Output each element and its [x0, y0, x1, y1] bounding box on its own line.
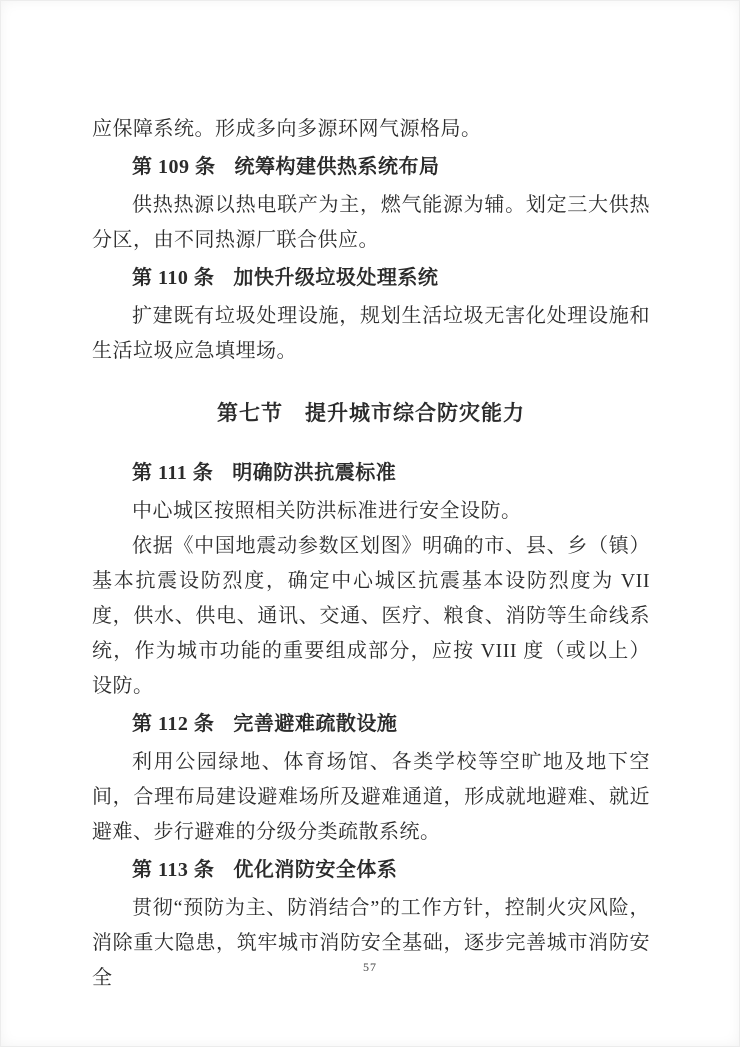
article-number: 第 113 条: [132, 859, 214, 881]
article-heading-110: 第 110 条加快升级垃圾处理系统: [92, 260, 650, 297]
paragraph: 依据《中国地震动参数区划图》明确的市、县、乡（镇）基本抗震设防烈度，确定中心城区…: [92, 529, 650, 704]
article-number: 第 111 条: [132, 462, 213, 484]
paragraph: 贯彻“预防为主、防消结合”的工作方针，控制火灾风险，消除重大隐患，筑牢城市消防安…: [92, 891, 650, 996]
article-heading-113: 第 113 条优化消防安全体系: [92, 852, 650, 889]
article-number: 第 112 条: [132, 713, 214, 735]
paragraph-continuation: 应保障系统。形成多向多源环网气源格局。: [92, 112, 650, 147]
paragraph: 供热热源以热电联产为主，燃气能源为辅。划定三大供热分区，由不同热源厂联合供应。: [92, 188, 650, 258]
section-heading-7: 第七节 提升城市综合防灾能力: [92, 395, 650, 431]
page-content: 应保障系统。形成多向多源环网气源格局。 第 109 条统筹构建供热系统布局 供热…: [92, 112, 650, 996]
article-heading-112: 第 112 条完善避难疏散设施: [92, 706, 650, 743]
paragraph: 扩建既有垃圾处理设施，规划生活垃圾无害化处理设施和生活垃圾应急填埋场。: [92, 299, 650, 369]
article-number: 第 109 条: [132, 156, 216, 178]
paragraph: 中心城区按照相关防洪标准进行安全设防。: [92, 494, 650, 529]
article-title: 加快升级垃圾处理系统: [214, 267, 438, 289]
page-number: 57: [0, 960, 740, 975]
article-heading-109: 第 109 条统筹构建供热系统布局: [92, 149, 650, 186]
article-number: 第 110 条: [132, 267, 214, 289]
article-title: 完善避难疏散设施: [214, 713, 397, 735]
article-heading-111: 第 111 条明确防洪抗震标准: [92, 455, 650, 492]
article-title: 明确防洪抗震标准: [213, 462, 396, 484]
paragraph: 利用公园绿地、体育场馆、各类学校等空旷地及地下空间，合理布局建设避难场所及避难通…: [92, 745, 650, 850]
article-title: 优化消防安全体系: [214, 859, 397, 881]
document-page: 应保障系统。形成多向多源环网气源格局。 第 109 条统筹构建供热系统布局 供热…: [0, 0, 740, 1047]
article-title: 统筹构建供热系统布局: [216, 156, 440, 178]
